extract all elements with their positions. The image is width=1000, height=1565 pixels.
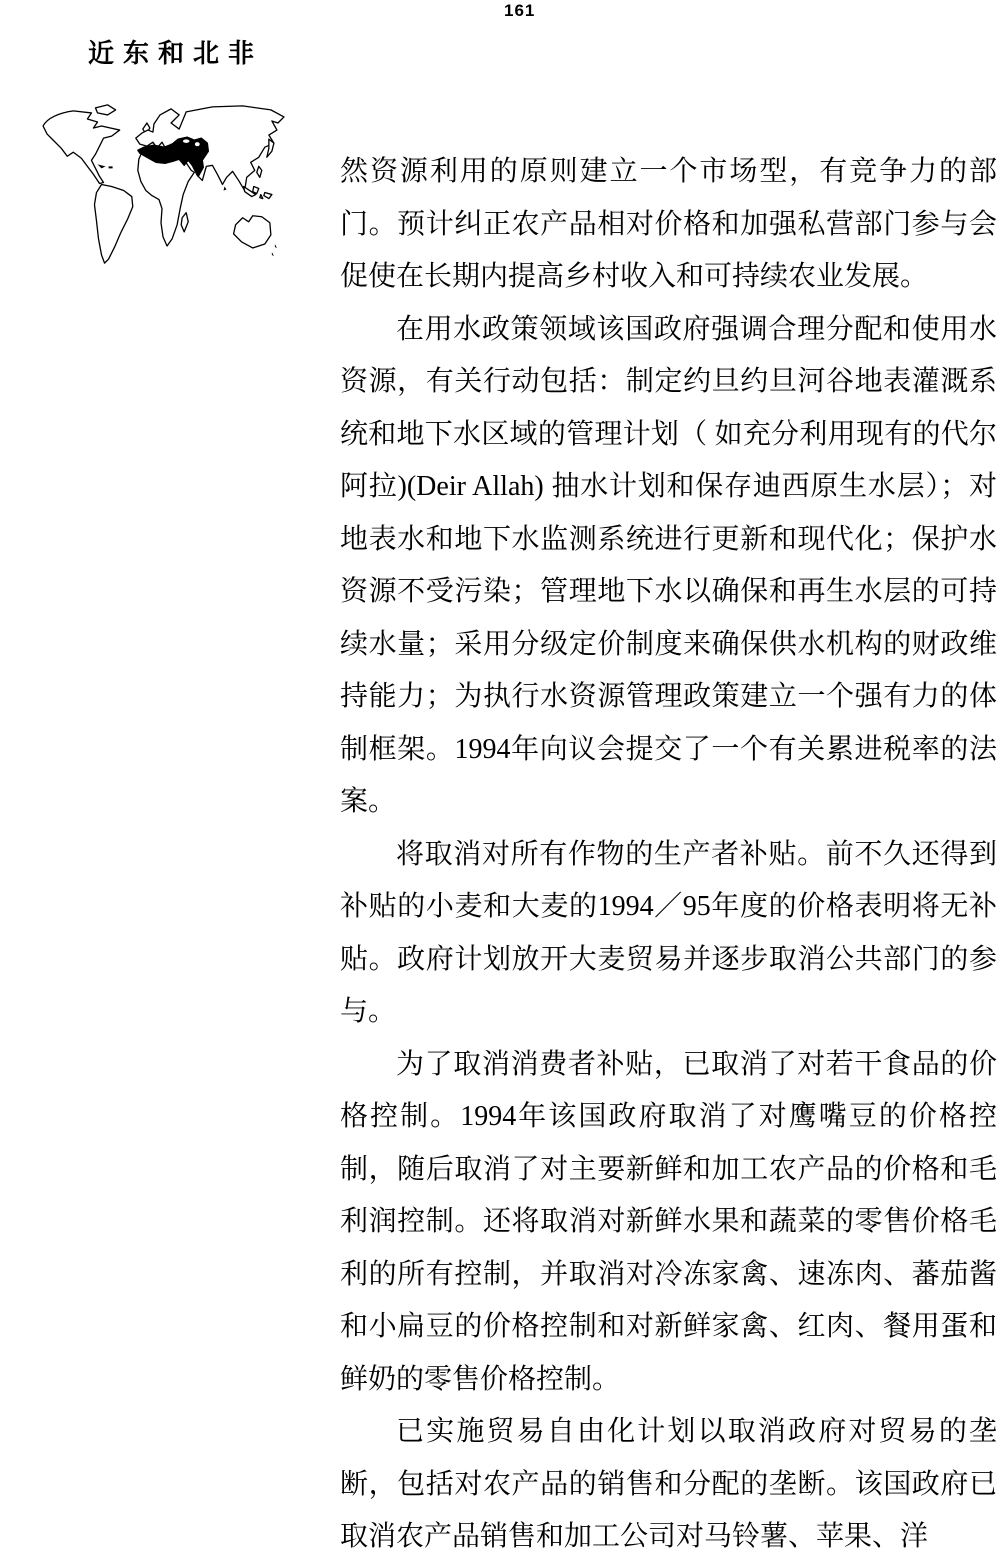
page-number: 161 [504,1,535,21]
paragraph-producer-subsidies: 将取消对所有作物的生产者补贴。前不久还得到补贴的小麦和大麦的1994／95年度的… [340,829,997,1039]
sri-lanka [223,186,226,190]
document-page: 161 近东和北非 [0,0,1000,1565]
paragraph-trade-liberalization: 已实施贸易自由化计划以取消政府对贸易的垄断，包括对农产品的销售和分配的垄断。该国… [340,1406,997,1564]
greenland-outline [95,105,115,115]
new-zealand-marks [272,244,277,256]
south-america-outline [94,184,132,263]
paragraph-continuation: 然资源利用的原则建立一个市场型，有竞争力的部门。预计纠正农产品相对价格和加强私营… [340,146,997,304]
north-america-outline [43,111,120,184]
madagascar-outline [181,213,188,232]
caspian-sea [195,142,200,146]
philippines-outline [257,166,262,177]
caribbean-islands [97,164,112,168]
australia-outline [234,216,271,248]
black-sea [183,139,189,143]
world-map-icon [35,103,287,271]
paragraph-consumer-subsidies: 为了取消消费者补贴，已取消了对若干食品的价格控制。1994年该国政府取消了对鹰嘴… [340,1039,997,1407]
indonesia-islands [244,186,272,198]
body-text-column: 然资源利用的原则建立一个市场型，有竞争力的部门。预计纠正农产品相对价格和加强私营… [340,146,997,1565]
paragraph-water-policy: 在用水政策领域该国政府强调合理分配和使用水资源，有关行动包括：制定约旦约旦河谷地… [340,304,997,829]
section-title: 近东和北非 [88,33,263,70]
